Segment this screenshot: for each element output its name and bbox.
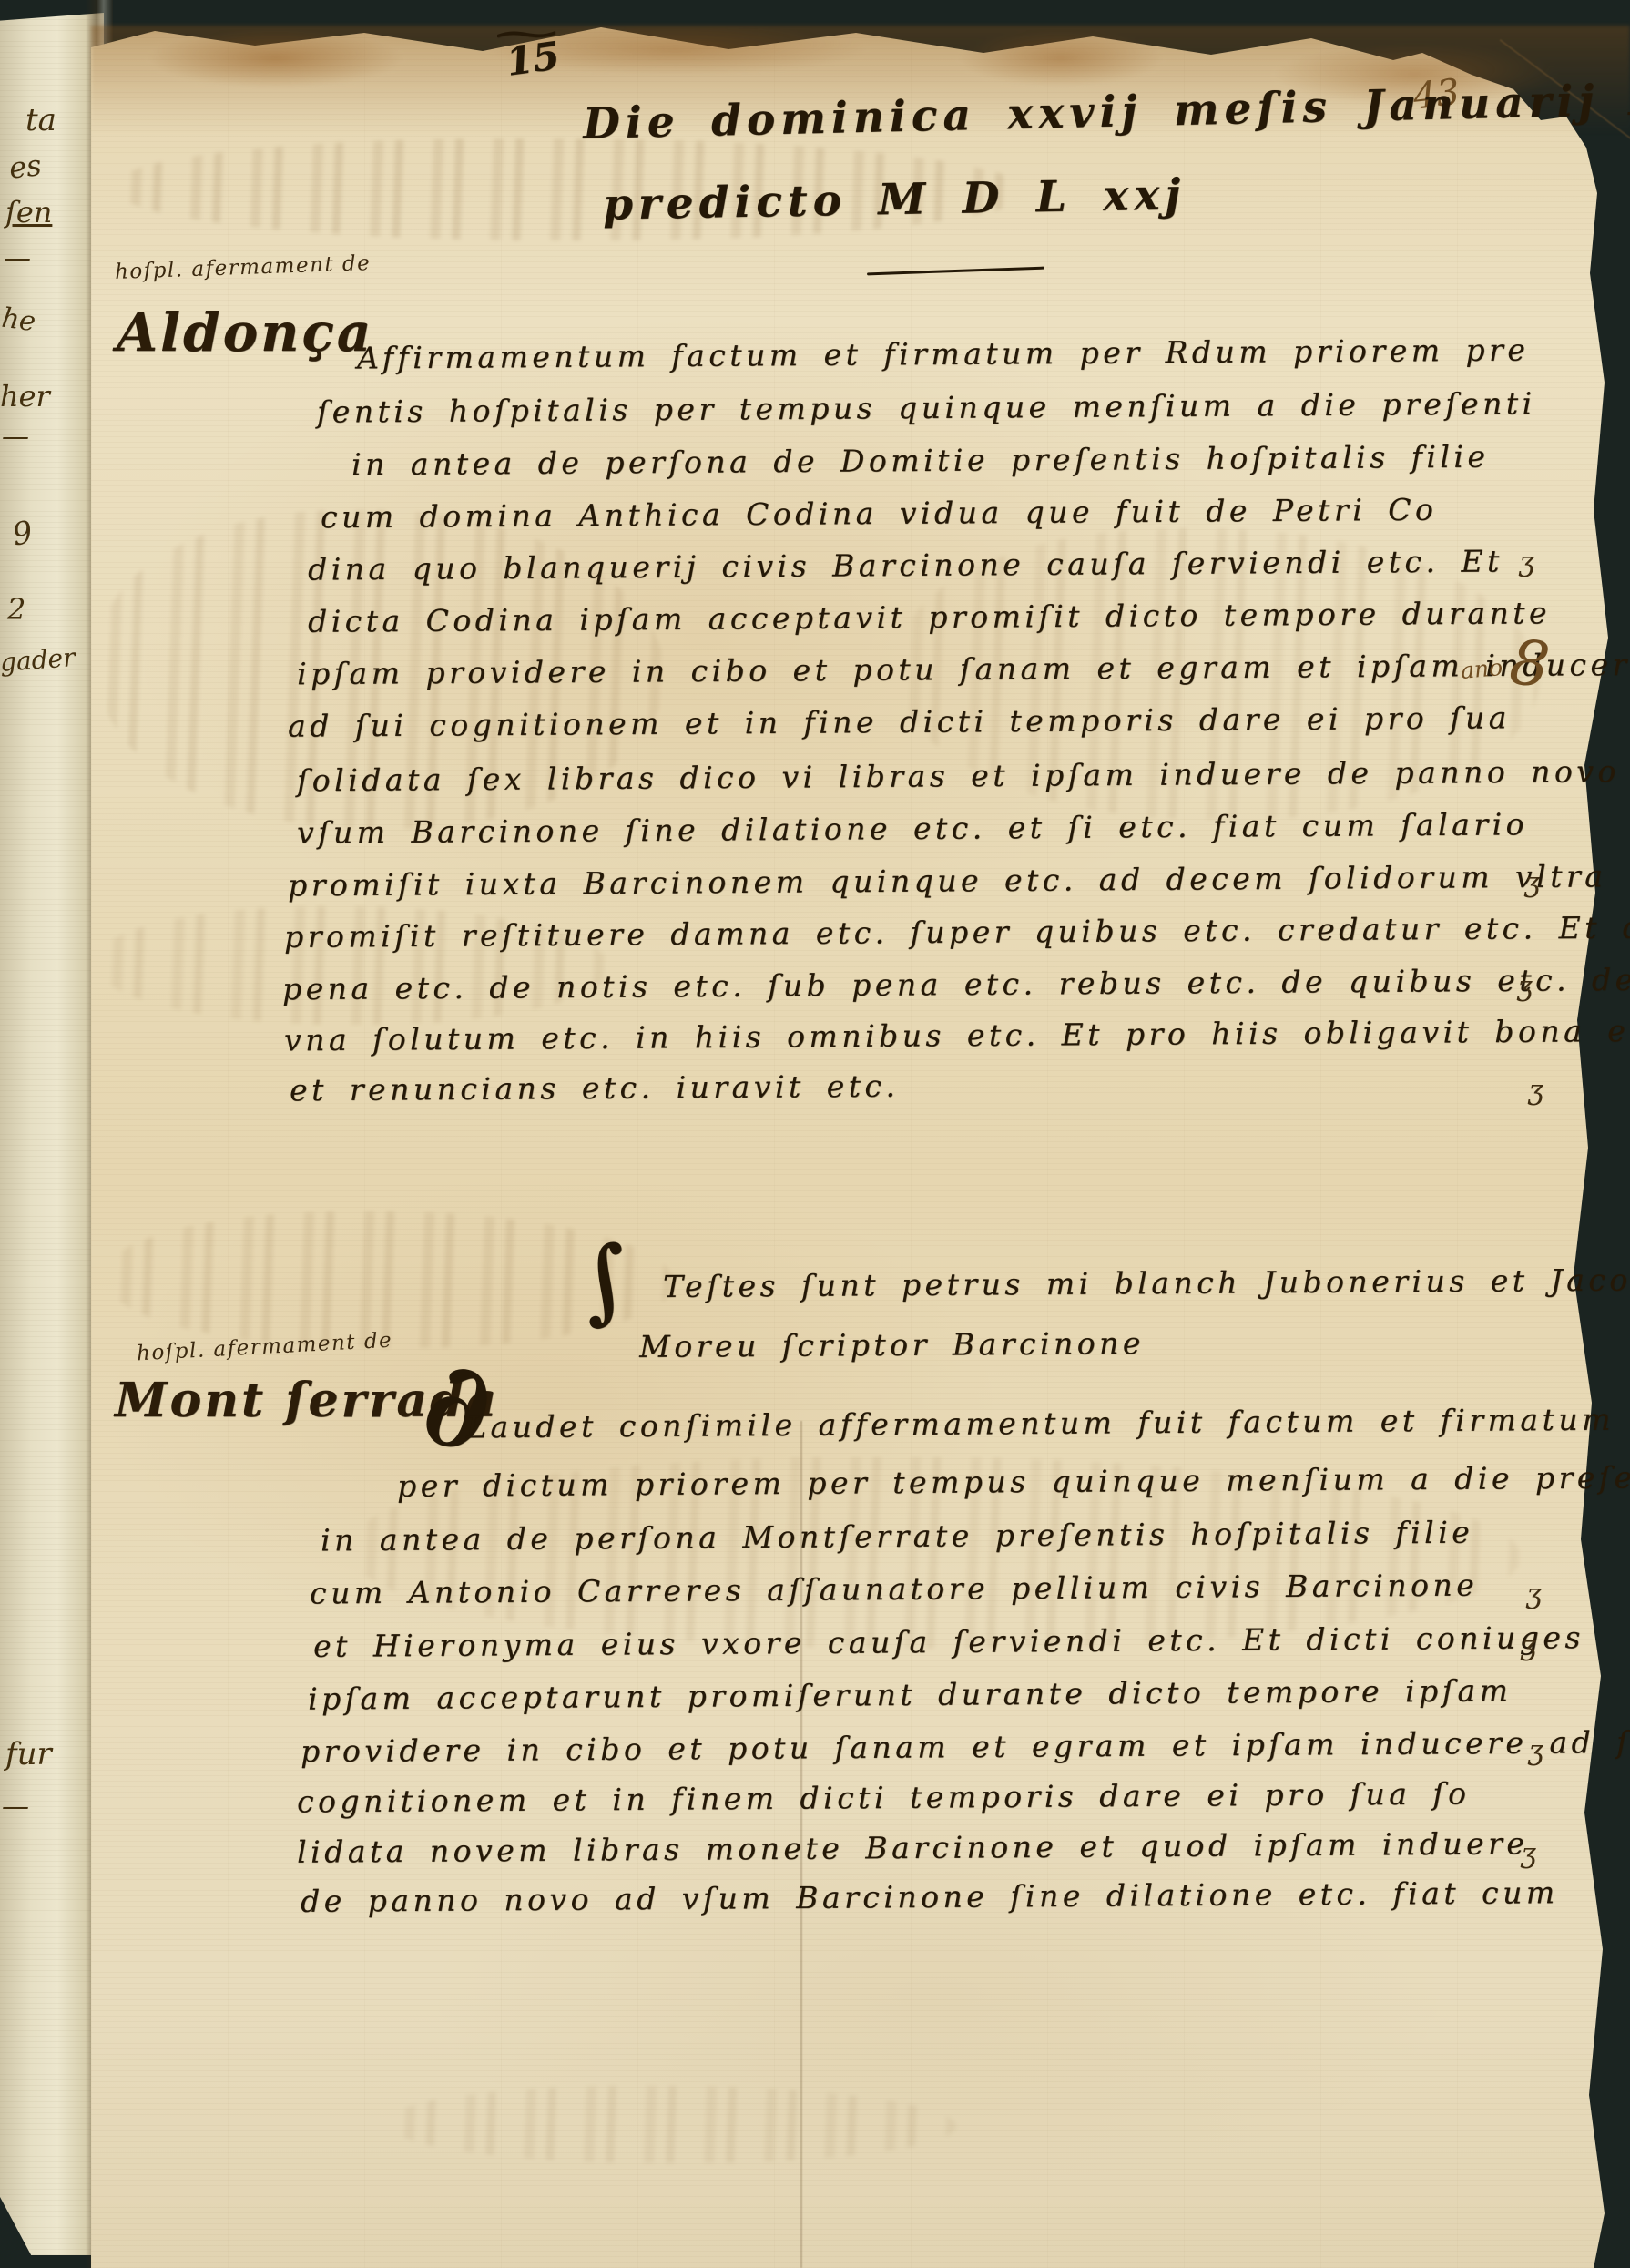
entry2-line: cum Antonio Carreres aſſaunatore pellium… <box>310 1570 1478 1609</box>
right-margin-note-text: ano <box>1460 656 1503 682</box>
entry1-line: ipſam providere in cibo et potu ſanam et… <box>297 649 1630 689</box>
heading-year-line: predicto M D L xxj <box>603 173 1187 226</box>
witness-line: Teſtes ſunt petrus mi blanch Jubonerius … <box>663 1264 1630 1302</box>
entry1-line: cum domina Anthica Codina vidua que fuit… <box>321 495 1437 533</box>
entry1-line: promiſit iuxta Barcinonem quinque etc. a… <box>288 861 1630 901</box>
bleedthrough-band <box>392 2086 956 2163</box>
line-end-squiggle: ʒ <box>1521 1838 1536 1870</box>
entry2-line: in antea de perſona Montſerrate preſenti… <box>321 1517 1473 1556</box>
adjacent-text-fragment: — <box>2 1791 29 1823</box>
adjacent-text-fragment: 9 <box>10 514 36 553</box>
line-end-squiggle: ʒ <box>1521 1630 1536 1662</box>
adjacent-text-fragment: es <box>7 148 43 185</box>
entry2-line: de panno novo ad vſum Barcinone ſine dil… <box>301 1877 1559 1916</box>
witness-line: Moreu ſcriptor Barcinone <box>639 1328 1145 1362</box>
entry1-line: dina quo blanquerij civis Barcinone cauſ… <box>308 546 1503 584</box>
adjacent-text-fragment: fur <box>5 1736 52 1773</box>
entry1-line: ſentis hoſpitalis per tempus quinque men… <box>317 388 1536 426</box>
adjacent-text-fragment: — <box>2 421 29 453</box>
entry2-line: et Hieronyma eius vxore cauſa ſerviendi … <box>313 1622 1584 1661</box>
adjacent-text-fragment: he <box>0 302 37 339</box>
line-end-squiggle: ʒ <box>1517 971 1533 1003</box>
entry2-line: lidata novem libras monete Barcinone et … <box>297 1828 1529 1866</box>
line-end-squiggle: ʒ <box>1528 1075 1543 1107</box>
entry1-line: Affirmamentum factum et firmatum per Rdu… <box>357 335 1530 373</box>
adjacent-text-fragment: ta <box>25 102 56 138</box>
line-end-squiggle: ʒ <box>1524 867 1540 899</box>
adjacent-text-fragment: her <box>0 379 50 414</box>
entry1-line: vſum Barcinone ſine dilatione etc. et ſi… <box>297 809 1528 847</box>
adjacent-text-fragment: — <box>4 242 31 274</box>
adjacent-text-fragment: ſen <box>5 195 52 230</box>
manuscript-photo: ta es ſen — he her — 9 2 gader fur — ~ 1… <box>0 0 1630 2268</box>
entry1-line: et renuncians etc. iuravit etc. <box>290 1071 900 1106</box>
entry1-line: ſolidata ſex libras dico vi libras et ip… <box>297 756 1630 796</box>
entry1-line: promiſit reſtituere damna etc. ſuper qui… <box>284 911 1630 952</box>
entry1-line: dicta Codina ipſam acceptavit promiſit d… <box>308 598 1551 637</box>
entry2-line: providere in cibo et potu ſanam et egram… <box>301 1727 1630 1766</box>
line-end-squiggle: ʒ <box>1526 1578 1542 1610</box>
margin-note-name-aldonca: Aldonça <box>117 306 373 359</box>
line-end-squiggle: ʒ <box>1528 1735 1543 1767</box>
entry2-line: ipſam acceptarunt promiſerunt durante di… <box>308 1675 1513 1713</box>
entry1-line: vna ſolutum etc. in hiis omnibus etc. Et… <box>284 1016 1630 1056</box>
entry1-line: in antea de perſona de Domitie preſentis… <box>351 442 1490 480</box>
adjacent-text-fragment: gader <box>0 642 76 678</box>
quire-mark: 15 <box>504 36 562 82</box>
entry2-line: per dictum priorem per tempus quinque me… <box>397 1462 1630 1501</box>
entry1-line: ad ſui cognitionem et in fine dicti temp… <box>288 702 1511 741</box>
entry2-line: Laudet conſimile affermamentum fuit fact… <box>466 1405 1615 1443</box>
adjacent-text-fragment: 2 <box>7 592 25 627</box>
entry2-line: cognitionem et in finem dicti temporis d… <box>297 1779 1471 1817</box>
line-end-squiggle: ʒ <box>1519 547 1534 578</box>
right-margin-note-figure: 8 <box>1507 632 1553 698</box>
